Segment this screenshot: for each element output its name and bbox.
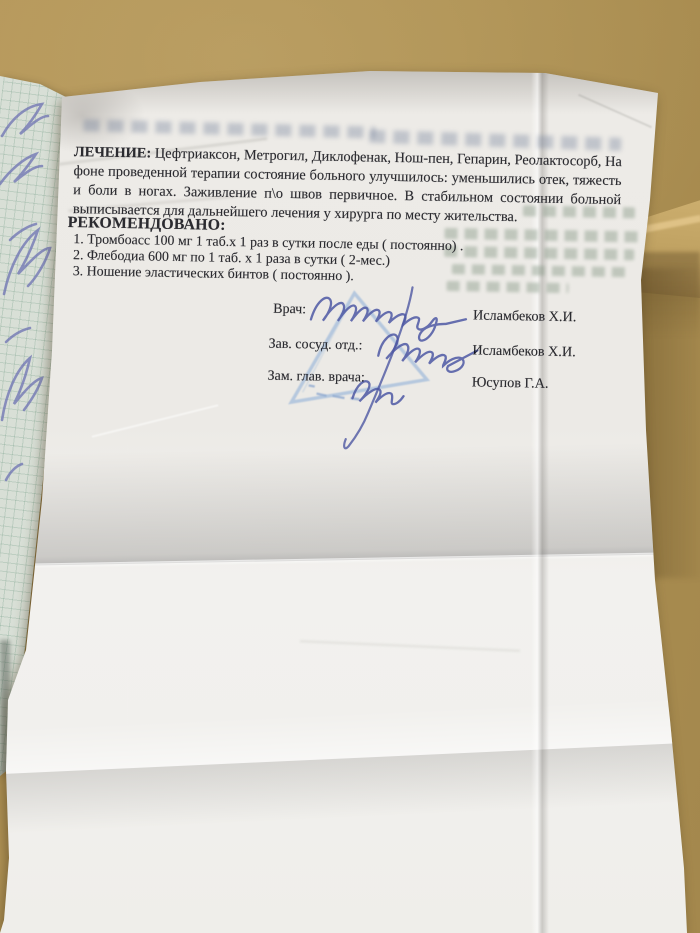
- treatment-label: ЛЕЧЕНИЕ:: [74, 144, 152, 161]
- document-paper-wrap: ЛЕЧЕНИЕ: Цефтриаксон, Метрогил, Диклофен…: [0, 0, 700, 933]
- document-paper: ЛЕЧЕНИЕ: Цефтриаксон, Метрогил, Диклофен…: [0, 0, 700, 933]
- bleed-through-header: [369, 130, 621, 151]
- stamp-and-signatures: [262, 189, 588, 525]
- bleed-through-header: [83, 119, 375, 138]
- crease-line: [300, 640, 520, 652]
- document-content: ЛЕЧЕНИЕ: Цефтриаксон, Метрогил, Диклофен…: [62, 95, 632, 535]
- photo-scene: ЛЕЧЕНИЕ: Цефтриаксон, Метрогил, Диклофен…: [0, 0, 700, 933]
